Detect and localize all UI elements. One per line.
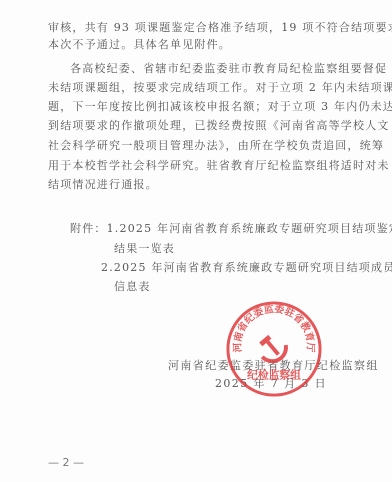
- hammer-sickle-icon: [259, 335, 286, 361]
- body-line: 社会科学研究一般项目管理办法》，由所在学校负责追回，统筹: [48, 139, 384, 153]
- seal-ring-text: 河南省纪委监委驻省教育厅: [230, 302, 317, 353]
- body-line: 到结项要求的作撤项处理，已拨经费按照《河南省高等学校人文: [48, 119, 390, 133]
- svg-text:河南省纪委监委驻省教育厅: 河南省纪委监委驻省教育厅: [230, 302, 317, 353]
- body-line: 未结项课题组，按要求完成结项工作。对于立项 2 年内未结项课: [48, 81, 392, 95]
- body-line: 各高校纪委、省辖市纪委监委驻市教育局纪检监察组要督促: [70, 62, 387, 76]
- attachment-item-2: 2.2025 年河南省教育系统廉政专题研究项目结项成员: [101, 261, 392, 275]
- body-line: 审核，共有 93 项课题鉴定合格准予结项，19 项不符合结项要求，: [48, 21, 392, 35]
- attachment-1-title-cont: 结果一览表: [114, 242, 175, 256]
- seal-center-text: 纪检监察组: [247, 368, 301, 381]
- attachment-1-title: 1.2025 年河南省教育系统廉政专题研究项目结项鉴定: [107, 222, 392, 235]
- page-number: — 2 —: [48, 456, 84, 469]
- attachment-2-title-cont: 信息表: [114, 280, 151, 294]
- body-line: 用于本校哲学社会科学研究。驻省教育厅纪检监察组将适时对未: [48, 159, 390, 173]
- attachment-label: 附件：: [70, 222, 107, 235]
- attachment-item-1: 附件：1.2025 年河南省教育系统廉政专题研究项目结项鉴定: [70, 222, 392, 236]
- body-line: 本次不予通过。具体名单见附件。: [48, 38, 231, 52]
- official-seal-icon: 河南省纪委监委驻省教育厅 纪检监察组: [225, 300, 323, 398]
- document-page: 审核，共有 93 项课题鉴定合格准予结项，19 项不符合结项要求， 本次不予通过…: [0, 0, 392, 482]
- body-line: 题，下一年度按比例扣减该校申报名额；对于立项 3 年内仍未达: [48, 100, 392, 114]
- body-line: 结项情况进行通报。: [48, 178, 158, 192]
